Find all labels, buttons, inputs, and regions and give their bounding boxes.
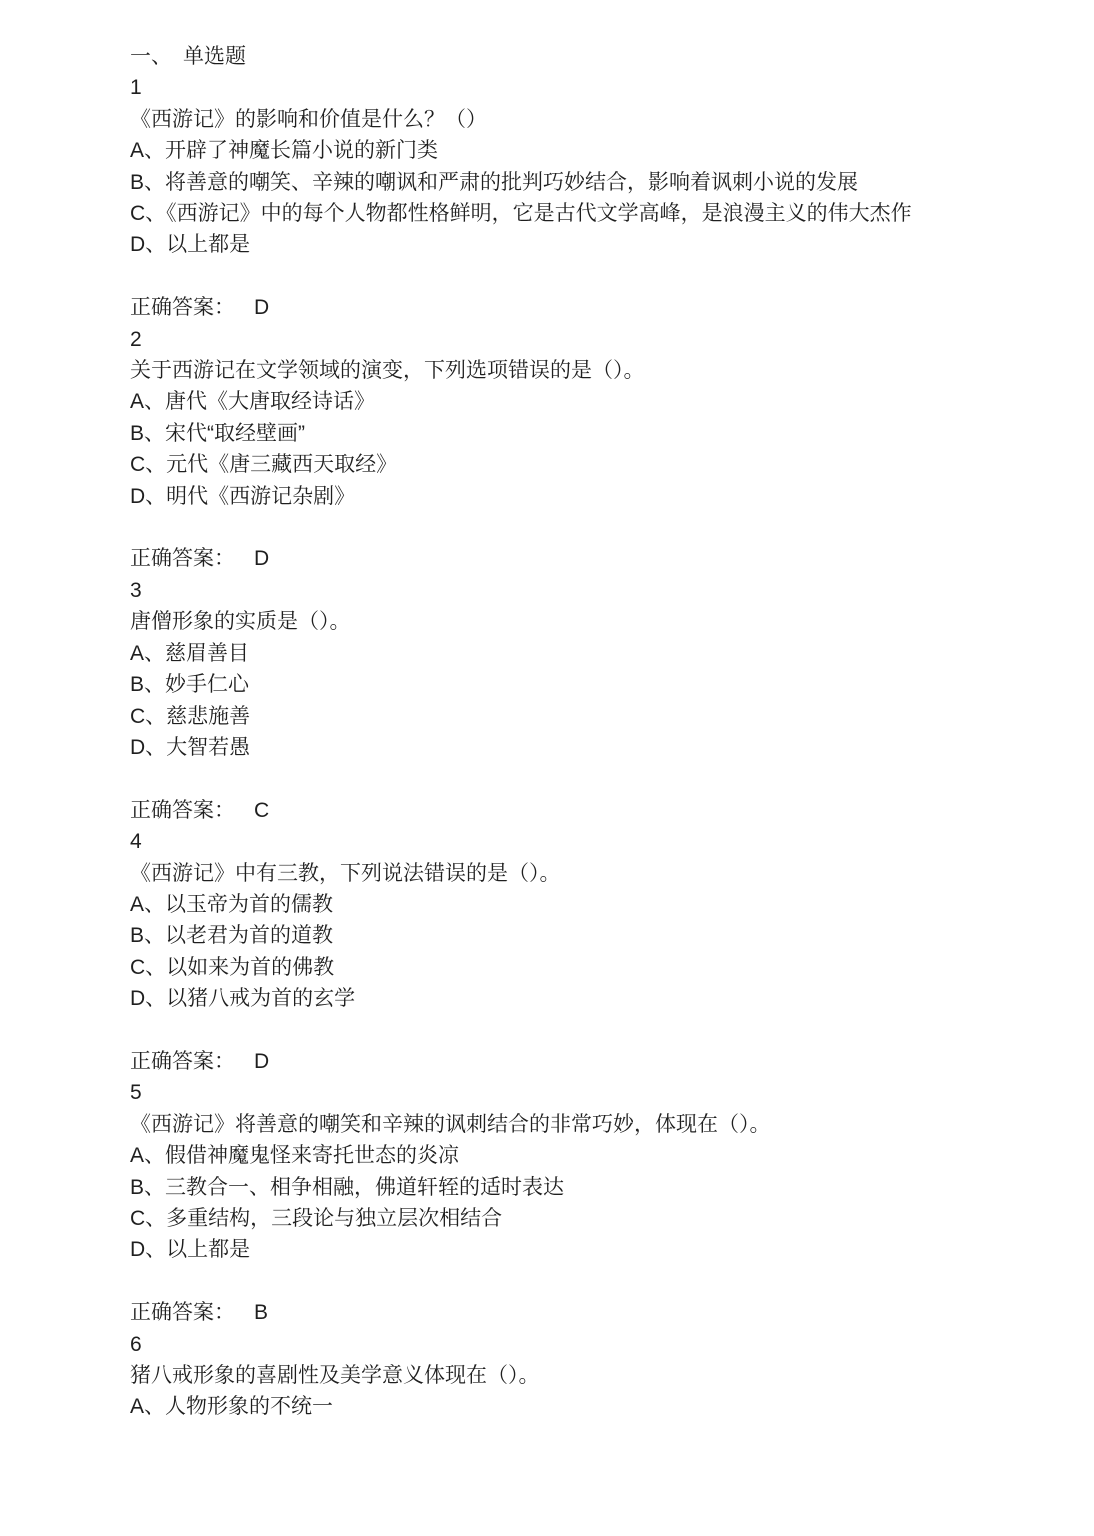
document-page: 一、单选题 1《西游记》的影响和价值是什么？（）A、开辟了神魔长篇小说的新门类B…: [0, 0, 1094, 1536]
option-text: 开辟了神魔长篇小说的新门类: [165, 139, 438, 162]
option-text: 三教合一、相争相融，佛道轩轾的适时表达: [165, 1176, 564, 1199]
option-letter: B、: [130, 422, 165, 445]
option-letter: D、: [130, 987, 166, 1010]
blank-line: [130, 512, 1034, 543]
answer-line: 正确答案：D: [130, 1046, 1034, 1077]
question-number: 3: [130, 575, 1034, 606]
option-letter: D、: [130, 736, 166, 759]
option-letter: C、: [130, 1207, 166, 1230]
blank-line: [130, 261, 1034, 292]
option-line: B、妙手仁心: [130, 669, 1034, 700]
blank-line: [130, 763, 1034, 794]
option-line: B、以老君为首的道教: [130, 920, 1034, 951]
option-letter: C、: [130, 453, 166, 476]
option-letter: A、: [130, 390, 165, 413]
option-letter: A、: [130, 893, 165, 916]
option-letter: C、: [130, 202, 166, 225]
question-number: 4: [130, 826, 1034, 857]
option-text: 明代《西游记杂剧》: [166, 485, 355, 508]
question-number: 2: [130, 324, 1034, 355]
question-text: 关于西游记在文学领域的演变，下列选项错误的是（）。: [130, 355, 1034, 386]
option-text: 宋代“取经壁画”: [165, 422, 305, 445]
option-text: 慈眉善目: [165, 642, 249, 665]
question-text: 唐僧形象的实质是（）。: [130, 606, 1034, 637]
question-block: 2关于西游记在文学领域的演变，下列选项错误的是（）。A、唐代《大唐取经诗话》B、…: [130, 324, 1034, 575]
answer-label: 正确答案：: [130, 1050, 235, 1073]
option-letter: B、: [130, 171, 165, 194]
option-letter: C、: [130, 705, 166, 728]
answer-line: 正确答案：D: [130, 543, 1034, 574]
answer-label: 正确答案：: [130, 547, 235, 570]
option-letter: C、: [130, 956, 166, 979]
option-text: 以上都是: [166, 1238, 250, 1261]
option-text: 妙手仁心: [165, 673, 249, 696]
question-text: 《西游记》的影响和价值是什么？（）: [130, 104, 1034, 135]
question-block: 5《西游记》将善意的嘲笑和辛辣的讽刺结合的非常巧妙，体现在（）。A、假借神魔鬼怪…: [130, 1077, 1034, 1328]
answer-value: D: [254, 296, 269, 319]
option-line: D、大智若愚: [130, 732, 1034, 763]
answer-label: 正确答案：: [130, 296, 235, 319]
question-block: 6猪八戒形象的喜剧性及美学意义体现在（）。A、人物形象的不统一: [130, 1329, 1034, 1423]
option-letter: A、: [130, 1144, 165, 1167]
answer-value: C: [254, 799, 269, 822]
option-line: D、以上都是: [130, 1234, 1034, 1265]
option-text: 将善意的嘲笑、辛辣的嘲讽和严肃的批判巧妙结合，影响着讽刺小说的发展: [165, 171, 858, 194]
option-letter: D、: [130, 1238, 166, 1261]
option-text: 以上都是: [166, 233, 250, 256]
option-text: 以老君为首的道教: [165, 924, 333, 947]
option-letter: A、: [130, 1395, 165, 1418]
option-text: 唐代《大唐取经诗话》: [165, 390, 375, 413]
option-text: 人物形象的不统一: [165, 1395, 333, 1418]
question-number: 6: [130, 1329, 1034, 1360]
question-block: 1《西游记》的影响和价值是什么？（）A、开辟了神魔长篇小说的新门类B、将善意的嘲…: [130, 72, 1034, 323]
answer-value: D: [254, 1050, 269, 1073]
option-text: 以玉帝为首的儒教: [165, 893, 333, 916]
option-line: C、元代《唐三藏西天取经》: [130, 449, 1034, 480]
option-line: C、以如来为首的佛教: [130, 952, 1034, 983]
option-text: 以猪八戒为首的玄学: [166, 987, 355, 1010]
option-text: 慈悲施善: [166, 705, 250, 728]
answer-line: 正确答案：C: [130, 795, 1034, 826]
option-line: C、慈悲施善: [130, 701, 1034, 732]
option-line: C、多重结构，三段论与独立层次相结合: [130, 1203, 1034, 1234]
option-letter: B、: [130, 673, 165, 696]
option-line: A、开辟了神魔长篇小说的新门类: [130, 135, 1034, 166]
option-line: B、宋代“取经壁画”: [130, 418, 1034, 449]
answer-value: B: [254, 1301, 268, 1324]
option-line: D、以上都是: [130, 229, 1034, 260]
question-text: 猪八戒形象的喜剧性及美学意义体现在（）。: [130, 1360, 1034, 1391]
option-line: A、人物形象的不统一: [130, 1391, 1034, 1422]
option-line: C、《西游记》中的每个人物都性格鲜明，它是古代文学高峰，是浪漫主义的伟大杰作: [130, 198, 1034, 229]
answer-label: 正确答案：: [130, 799, 235, 822]
option-letter: D、: [130, 233, 166, 256]
option-line: A、以玉帝为首的儒教: [130, 889, 1034, 920]
answer-line: 正确答案：B: [130, 1297, 1034, 1328]
option-letter: D、: [130, 485, 166, 508]
option-line: A、唐代《大唐取经诗话》: [130, 386, 1034, 417]
answer-value: D: [254, 547, 269, 570]
option-line: D、明代《西游记杂剧》: [130, 481, 1034, 512]
question-list: 1《西游记》的影响和价值是什么？（）A、开辟了神魔长篇小说的新门类B、将善意的嘲…: [130, 72, 1034, 1422]
option-letter: B、: [130, 924, 165, 947]
question-number: 5: [130, 1077, 1034, 1108]
section-heading: 一、单选题: [130, 41, 1034, 72]
question-block: 4《西游记》中有三教，下列说法错误的是（）。A、以玉帝为首的儒教B、以老君为首的…: [130, 826, 1034, 1077]
option-letter: B、: [130, 1176, 165, 1199]
option-line: A、慈眉善目: [130, 638, 1034, 669]
question-number: 1: [130, 72, 1034, 103]
section-heading-number: 一、: [130, 45, 172, 68]
option-text: 元代《唐三藏西天取经》: [166, 453, 397, 476]
option-text: 假借神魔鬼怪来寄托世态的炎凉: [165, 1144, 459, 1167]
option-letter: A、: [130, 642, 165, 665]
option-line: A、假借神魔鬼怪来寄托世态的炎凉: [130, 1140, 1034, 1171]
option-text: 多重结构，三段论与独立层次相结合: [166, 1207, 502, 1230]
option-line: B、将善意的嘲笑、辛辣的嘲讽和严肃的批判巧妙结合，影响着讽刺小说的发展: [130, 167, 1034, 198]
section-heading-title: 单选题: [183, 45, 246, 68]
question-text: 《西游记》中有三教，下列说法错误的是（）。: [130, 858, 1034, 889]
answer-line: 正确答案：D: [130, 292, 1034, 323]
answer-label: 正确答案：: [130, 1301, 235, 1324]
option-letter: A、: [130, 139, 165, 162]
blank-line: [130, 1266, 1034, 1297]
option-text: 大智若愚: [166, 736, 250, 759]
question-block: 3唐僧形象的实质是（）。A、慈眉善目B、妙手仁心C、慈悲施善D、大智若愚正确答案…: [130, 575, 1034, 826]
blank-line: [130, 1015, 1034, 1046]
option-line: D、以猪八戒为首的玄学: [130, 983, 1034, 1014]
option-text: 《西游记》中的每个人物都性格鲜明，它是古代文学高峰，是浪漫主义的伟大杰作: [166, 202, 912, 225]
option-text: 以如来为首的佛教: [166, 956, 334, 979]
question-text: 《西游记》将善意的嘲笑和辛辣的讽刺结合的非常巧妙，体现在（）。: [130, 1109, 1034, 1140]
option-line: B、三教合一、相争相融，佛道轩轾的适时表达: [130, 1172, 1034, 1203]
